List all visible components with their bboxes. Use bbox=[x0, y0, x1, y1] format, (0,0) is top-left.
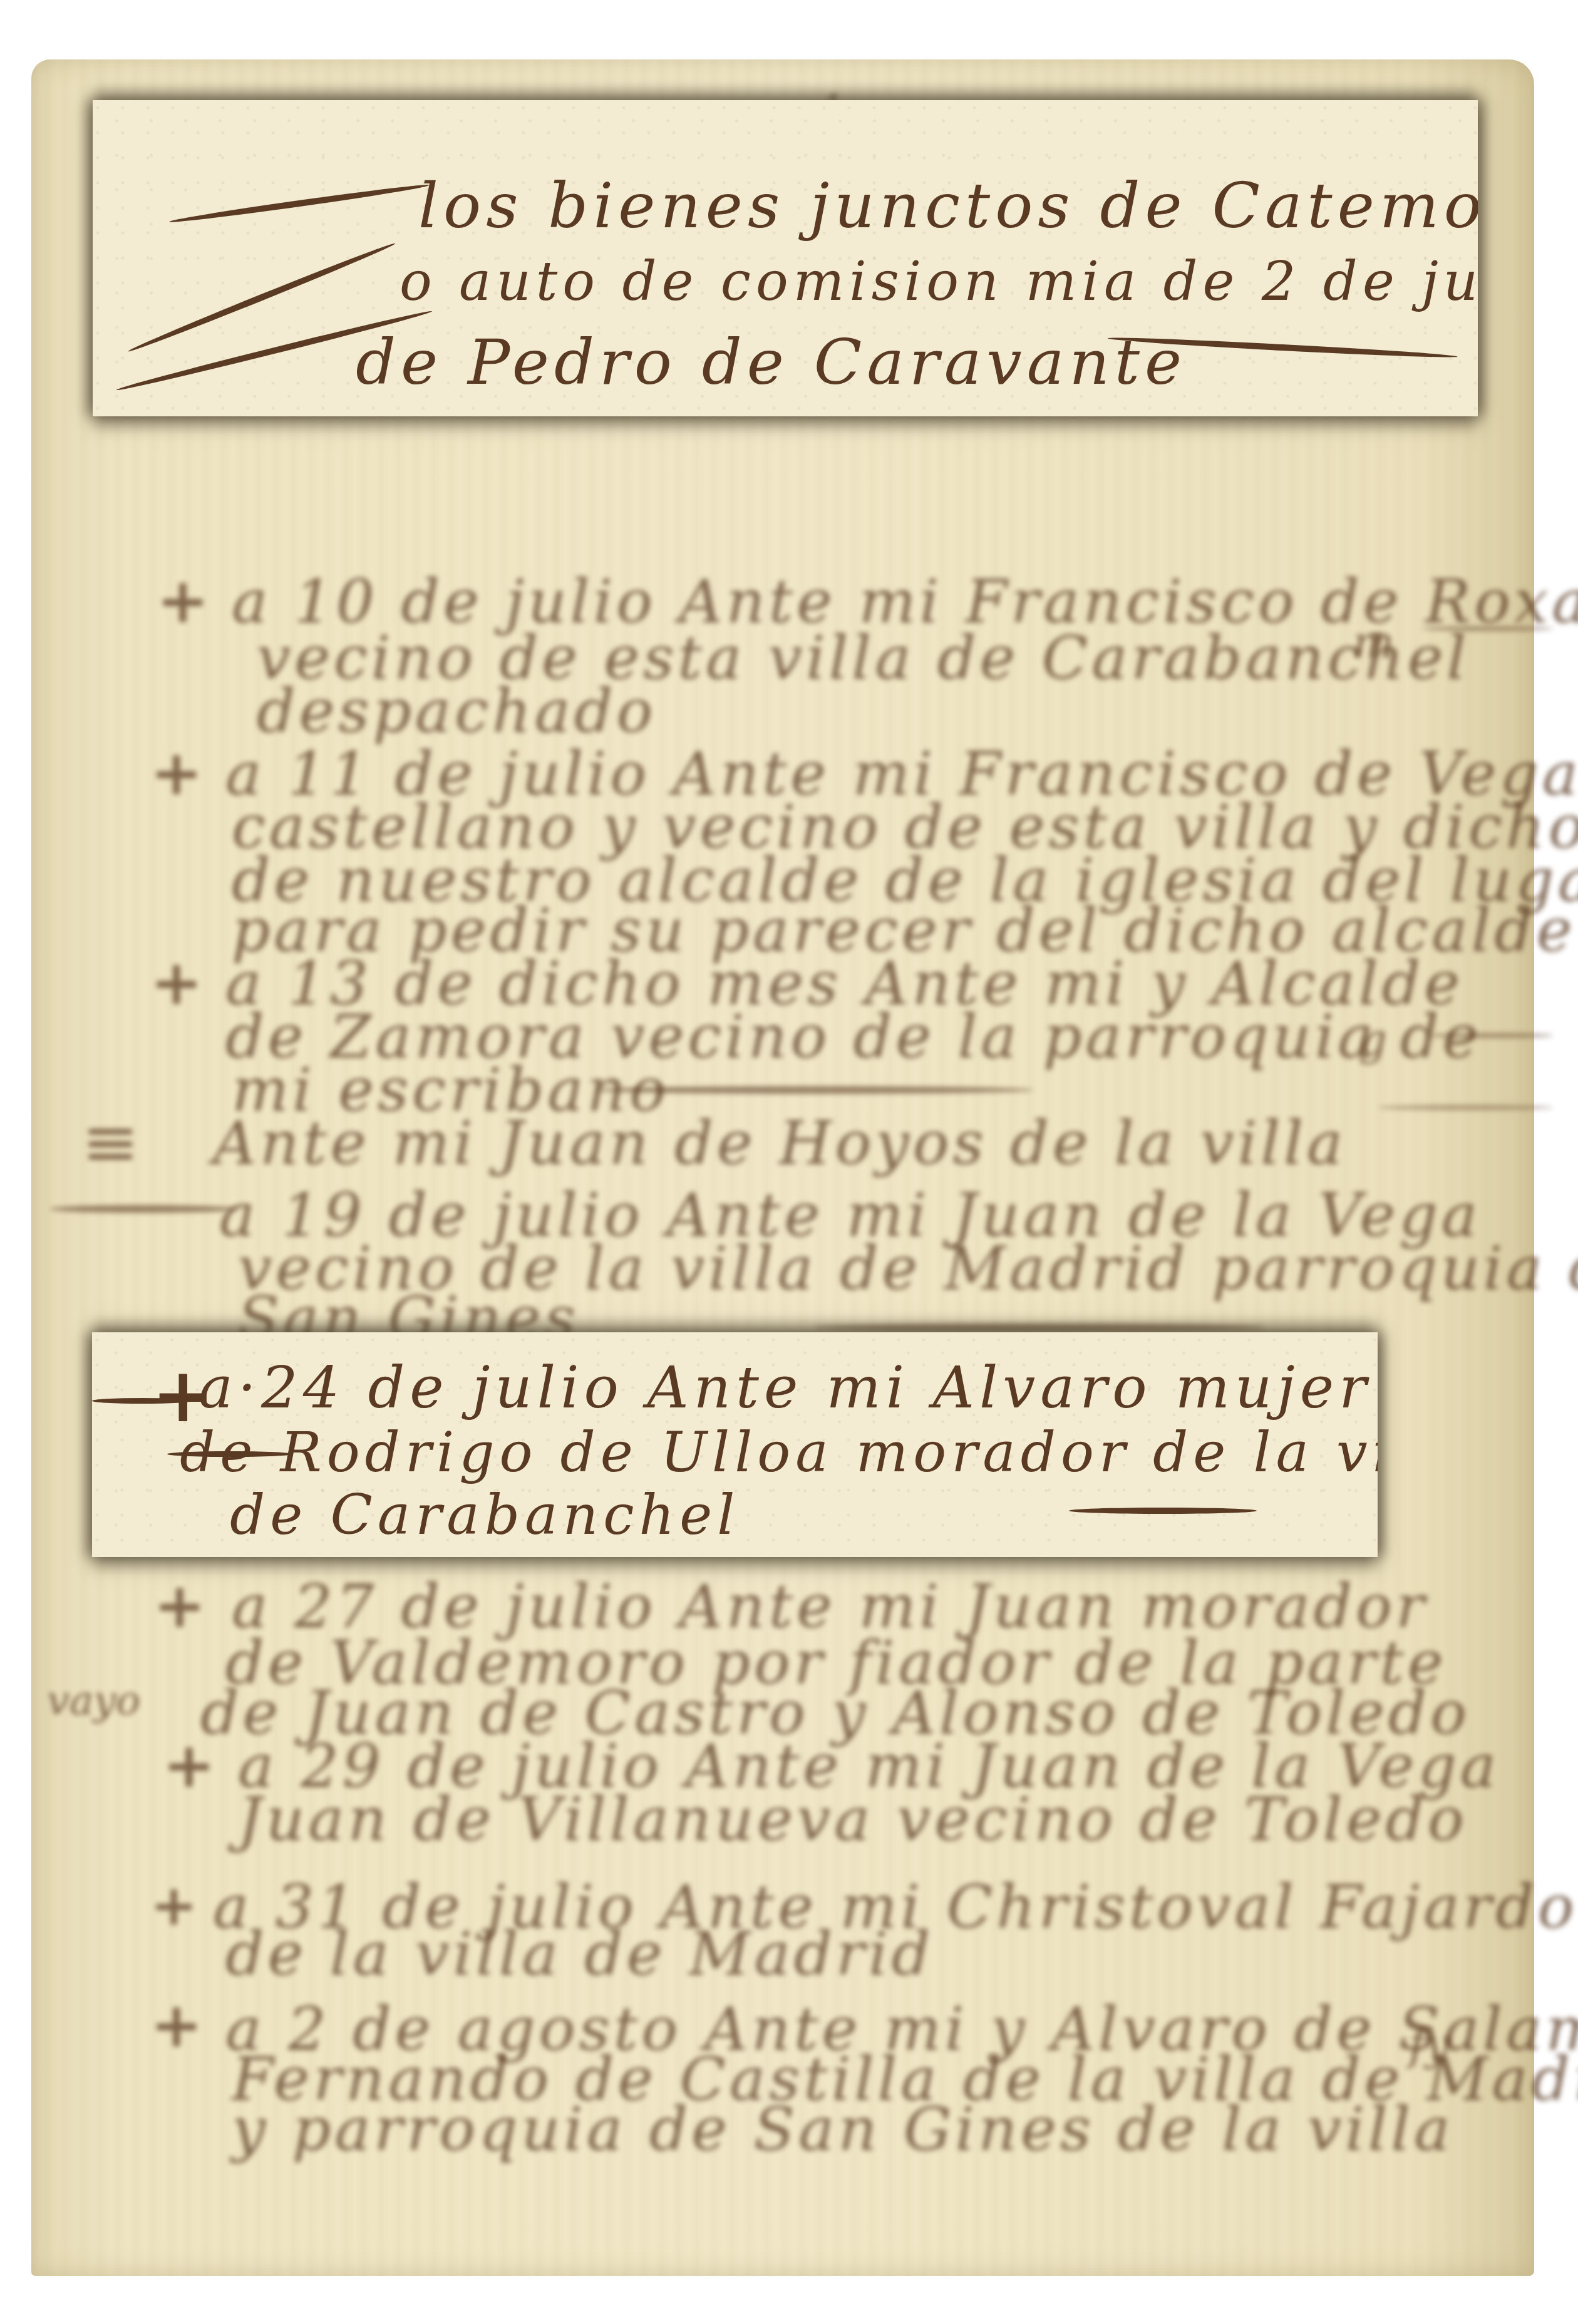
entry-line: y parroquia de San Gines de la villa bbox=[232, 2094, 1454, 2164]
entry-line: de la villa de Madrid bbox=[225, 1919, 934, 1989]
bracket-symbol: ≡ bbox=[81, 1102, 139, 1182]
margin-rule bbox=[50, 1205, 238, 1213]
entry-highlight-block: + a·24 de julio Ante mi Alvaro mujer de … bbox=[92, 1332, 1378, 1557]
header-line-2: o auto de comision mia de 2 de julio bbox=[400, 250, 1478, 313]
cross-marker: + bbox=[163, 1728, 215, 1802]
flourish-stroke bbox=[92, 1398, 192, 1404]
margin-rule bbox=[1421, 626, 1553, 631]
header-highlight-block: los bienes junctos de Catemoda o auto de… bbox=[93, 100, 1478, 416]
cross-marker: + bbox=[153, 1568, 206, 1642]
flourish-stroke bbox=[168, 182, 430, 225]
highlight-line-3: de Carabanchel bbox=[230, 1483, 740, 1547]
entry-line: Ante mi Juan de Hoyos de la villa bbox=[213, 1108, 1346, 1178]
right-margin-note: m bbox=[1353, 617, 1394, 668]
line-filler-stroke bbox=[595, 1086, 1033, 1094]
highlight-line-2: de Rodrigo de Ulloa morador de la villa bbox=[180, 1420, 1378, 1484]
right-margin-note: g bbox=[1359, 1014, 1387, 1066]
cross-marker: + bbox=[150, 1988, 203, 2062]
header-line-1: los bienes junctos de Catemoda bbox=[418, 169, 1478, 242]
cross-marker: + bbox=[150, 1872, 197, 1938]
entry-line: despachado bbox=[257, 676, 656, 746]
right-margin-note: fy bbox=[1409, 2019, 1450, 2070]
entry-line: Juan de Villanueva vecino de Toledo bbox=[238, 1784, 1468, 1854]
line-filler-stroke bbox=[1069, 1508, 1257, 1514]
highlight-line-1: a·24 de julio Ante mi Alvaro mujer bbox=[199, 1354, 1371, 1421]
margin-rule bbox=[1378, 1105, 1553, 1110]
cross-marker: + bbox=[157, 563, 209, 637]
margin-rule bbox=[1428, 1033, 1553, 1038]
header-line-3: de Pedro de Caravante bbox=[356, 326, 1187, 399]
line-filler-stroke bbox=[814, 1324, 1265, 1332]
cross-marker: + bbox=[150, 736, 203, 810]
left-margin-note: vayo bbox=[47, 1678, 140, 1724]
cross-marker: + bbox=[150, 945, 203, 1019]
